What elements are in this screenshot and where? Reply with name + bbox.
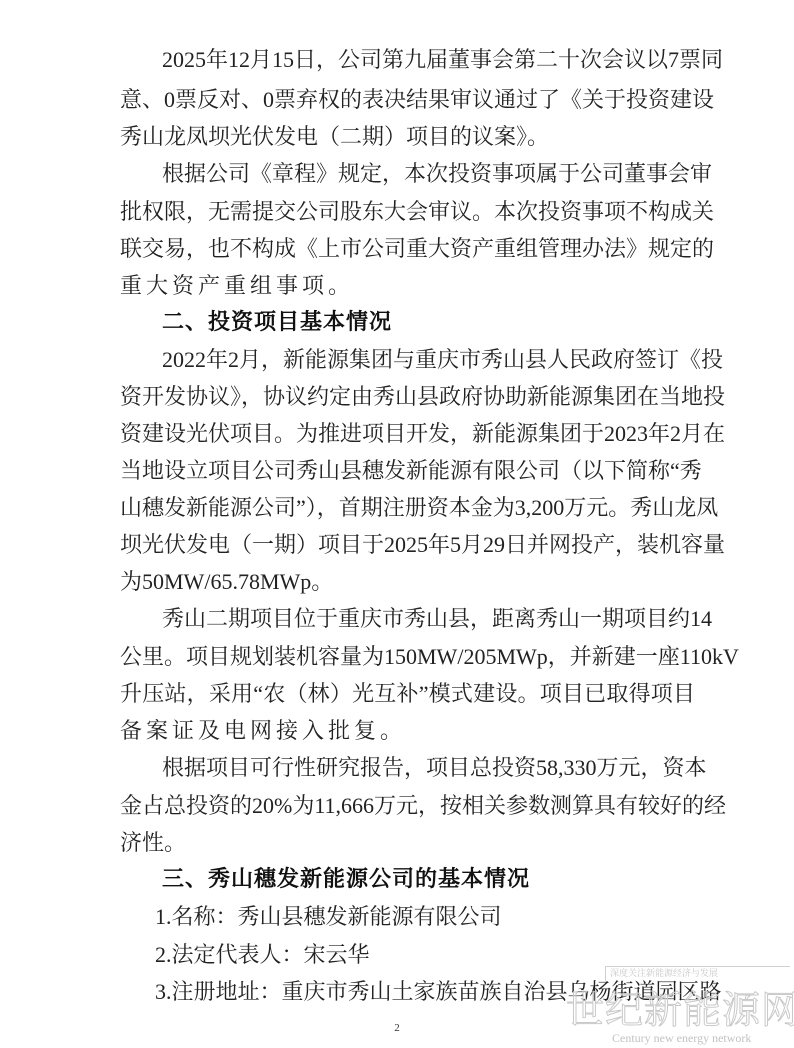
paragraph-3-line-7: 为50MW/65.78MWp。 [120, 567, 695, 597]
paragraph-4-line-3: 升压站，采用“农（林）光互补”模式建设。项目已取得项目 [120, 679, 695, 709]
paragraph-3-line-6: 坝光伏发电（一期）项目于2025年5月29日并网投产，装机容量 [120, 530, 695, 560]
paragraph-5-line-1: 根据项目可行性研究报告，项目总投资58,330万元，资本 [162, 753, 695, 783]
paragraph-2-line-4: 重大资产重组事项。 [120, 271, 695, 301]
paragraph-3-line-3: 资建设光伏项目。为推进项目开发，新能源集团于2023年2月在 [120, 419, 695, 449]
paragraph-3-line-4: 当地设立项目公司秀山县穗发新能源有限公司（以下简称“秀 [120, 456, 695, 486]
paragraph-4-line-1: 秀山二期项目位于重庆市秀山县，距离秀山一期项目约14 [162, 604, 695, 634]
watermark-english-text: Century new energy network [612, 1031, 792, 1046]
paragraph-4-line-2: 公里。项目规划装机容量为150MW/205MWp，并新建一座110kV [120, 642, 695, 672]
paragraph-3-line-1: 2022年2月，新能源集团与重庆市秀山县人民政府签订《投 [162, 345, 695, 375]
section-heading-3: 三、秀山穗发新能源公司的基本情况 [162, 865, 695, 895]
paragraph-2-line-3: 联交易，也不构成《上市公司重大资产重组管理办法》规定的 [120, 234, 695, 264]
paragraph-1-line-1: 2025年12月15日，公司第九届董事会第二十次会议以7票同 [162, 45, 695, 75]
company-name-item: 1.名称：秀山县穗发新能源有限公司 [155, 902, 695, 932]
paragraph-4-line-4: 备案证及电网接入批复。 [120, 716, 695, 746]
paragraph-5-line-2: 金占总投资的20%为11,666万元，按相关参数测算具有较好的经 [120, 791, 695, 821]
paragraph-3-line-2: 资开发协议》，协议约定由秀山县政府协助新能源集团在当地投 [120, 382, 695, 412]
paragraph-3-line-5: 山穗发新能源公司”），首期注册资本金为3,200万元。秀山龙凤 [120, 493, 695, 523]
section-heading-2: 二、投资项目基本情况 [162, 308, 695, 338]
paragraph-5-line-3: 济性。 [120, 828, 695, 858]
paragraph-1-line-2: 意、0票反对、0票弃权的表决结果审议通过了《关于投资建设 [120, 85, 695, 115]
watermark-logo-text: 世纪新能源网 [566, 990, 794, 1030]
paragraph-2-line-1: 根据公司《章程》规定，本次投资事项属于公司董事会审 [162, 159, 695, 189]
watermark-tagline: 深度关注新能源经济与发展 [605, 966, 790, 981]
paragraph-2-line-2: 批权限，无需提交公司股东大会审议。本次投资事项不构成关 [120, 197, 695, 227]
paragraph-1-line-3: 秀山龙凤坝光伏发电（二期）项目的议案》。 [120, 122, 695, 152]
